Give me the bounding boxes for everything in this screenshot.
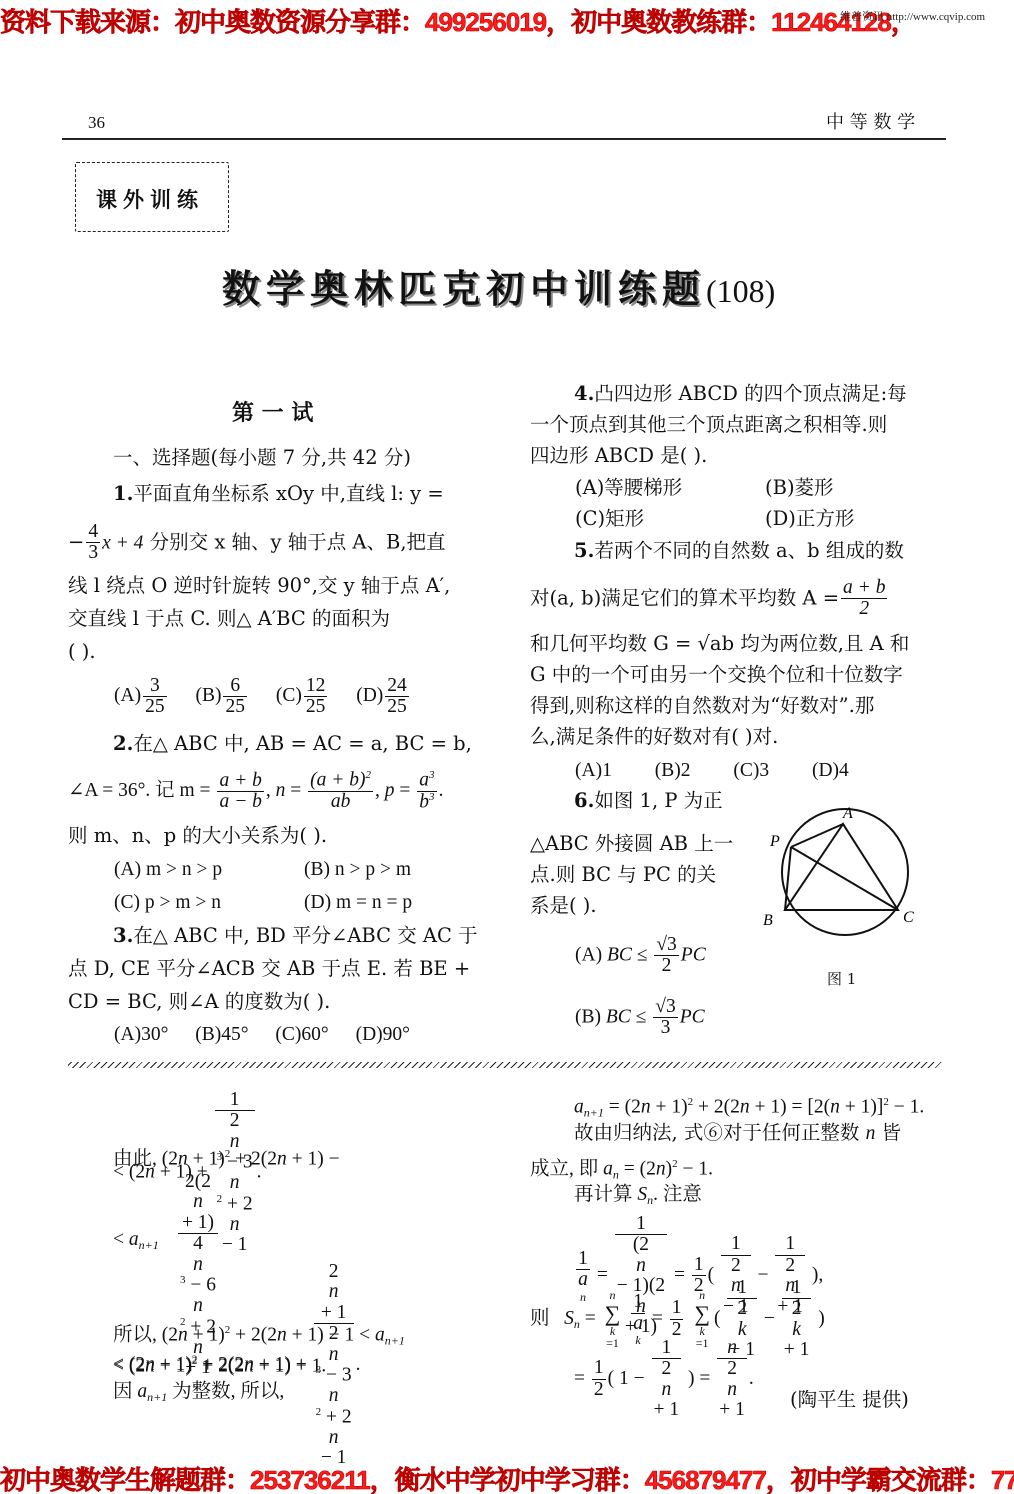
- question-text: 如图 1, P 为正: [594, 789, 722, 812]
- svg-text:C: C: [903, 909, 914, 926]
- question-5: 5.若两个不同的自然数 a、b 组成的数: [574, 535, 904, 567]
- question-1-options: (A)325 (B)625 (C)1225 (D)2425: [114, 676, 411, 718]
- question-5-line5: 得到,则称这样的自然数对为“好数对”.那: [530, 690, 874, 722]
- option-d: (D)90°: [356, 1024, 410, 1045]
- solution-right-2: 故由归纳法, 式⑥对于任何正整数 n 皆: [574, 1117, 901, 1150]
- solution-line-4: < an+1: [113, 1224, 159, 1261]
- section-heading: 第 一 试: [232, 396, 313, 427]
- question-3-line2: 点 D, CE 平分∠ACB 交 AB 于点 E. 若 BE +: [68, 953, 470, 985]
- question-3: 3.在△ ABC 中, BD 平分∠ABC 交 AC 于: [113, 920, 478, 952]
- figure-caption: 图 1: [827, 968, 856, 989]
- section-divider: [68, 1062, 942, 1068]
- figure-1-diagram: A P B C: [760, 800, 930, 970]
- option-b: (B)菱形: [765, 472, 834, 504]
- question-text: 凸四边形 ABCD 的四个顶点满足:每: [594, 382, 906, 405]
- question-text: 若两个不同的自然数 a、b 组成的数: [594, 539, 904, 562]
- question-4-line2: 一个顶点到其他三个顶点距离之积相等.则: [530, 409, 887, 441]
- svg-text:B: B: [763, 912, 773, 929]
- question-1-line5: ( ).: [68, 636, 96, 668]
- journal-name: 中 等 数 学: [826, 108, 915, 134]
- option-b: (B)45°: [195, 1024, 248, 1045]
- page-title: 数学奥林匹克初中训练题(108): [222, 258, 775, 313]
- question-6-line4: 系是( ).: [530, 890, 597, 922]
- question-text: 在△ ABC 中, BD 平分∠ABC 交 AC 于: [133, 924, 477, 947]
- top-banner: 资料下载来源：初中奥数资源分享群：499256019，初中奥数教练群：11246…: [0, 2, 916, 39]
- question-6-line3: 点.则 BC 与 PC 的关: [530, 859, 716, 891]
- option-b: (B)625: [195, 685, 249, 706]
- option-a: (A)1: [575, 760, 612, 781]
- option-b: (B) n > p > m: [304, 854, 411, 886]
- question-5-options: (A)1 (B)2 (C)3 (D)4: [575, 755, 849, 787]
- option-c: (C)矩形: [575, 503, 644, 535]
- option-b: (B) BC ≤ √33PC: [575, 997, 705, 1039]
- question-5-line4: G 中的一个可由另一个交换个位和十位数字: [530, 659, 903, 691]
- question-2: 2.在△ ABC 中, AB = AC = a, BC = b,: [113, 728, 472, 760]
- question-3-options: (A)30° (B)45° (C)60° (D)90°: [114, 1019, 410, 1051]
- solution-right-4: 再计算 Sn. 注意: [574, 1179, 702, 1216]
- question-number: 6.: [574, 789, 594, 812]
- question-number: 2.: [113, 732, 133, 755]
- title-text: 数学奥林匹克初中训练题: [222, 266, 706, 311]
- question-text: 在△ ABC 中, AB = AC = a, BC = b,: [133, 732, 471, 755]
- question-number: 4.: [574, 382, 594, 405]
- solution-right-7: = 12( 1 − 12n + 1 ) = n2n + 1.: [574, 1338, 754, 1421]
- question-text: ∠A = 36°. 记 m =: [68, 780, 211, 801]
- option-a: (A) BC ≤ √32PC: [575, 935, 706, 977]
- question-number: 1.: [113, 482, 133, 505]
- option-c: (C) p > m > n: [114, 887, 221, 919]
- question-6: 6.如图 1, P 为正: [574, 785, 723, 817]
- question-1-line4: 交直线 l 于点 C. 则△ A′BC 的面积为: [68, 603, 390, 635]
- question-3-line3: CD = BC, 则∠A 的度数为( ).: [68, 986, 330, 1018]
- source-watermark: 维普资讯 http://www.cqvip.com: [840, 8, 985, 24]
- question-text: 分别交 x 轴、y 轴于点 A、B,把直: [150, 530, 446, 553]
- question-text: 对(a, b)满足它们的算术平均数 A =: [530, 586, 839, 609]
- column-tag: 课外训练: [96, 184, 204, 214]
- question-2-line2: ∠A = 36°. 记 m = a + ba − b, n = (a + b)2…: [68, 770, 443, 813]
- option-a: (A)325: [114, 685, 169, 706]
- bottom-banner: 初中奥数学生解题群：253736211，衡水中学初中学习群：456879477，…: [0, 1460, 1014, 1494]
- question-text: 平面直角坐标系 xOy 中,直线 l: y =: [133, 482, 443, 505]
- option-d: (D)2425: [356, 685, 411, 706]
- solution-line-8: 因 an+1 为整数, 所以,: [113, 1376, 284, 1413]
- svg-text:A: A: [842, 805, 853, 822]
- option-a: (A)30°: [114, 1024, 168, 1045]
- question-6-line2: △ABC 外接圆 AB 上一: [530, 828, 733, 860]
- question-4: 4.凸四边形 ABCD 的四个顶点满足:每: [574, 378, 907, 410]
- page-number: 36: [88, 113, 105, 133]
- question-5-line6: 么,满足条件的好数对有( )对.: [530, 721, 778, 753]
- question-1-line2: −43x + 4 分别交 x 轴、y 轴于点 A、B,把直: [68, 522, 446, 564]
- option-c: (C)3: [733, 760, 769, 781]
- equation-part: x + 4: [102, 532, 143, 553]
- option-d: (D)正方形: [765, 503, 854, 535]
- solution-line-2: 由此, (2n + 1)2 + 2(2n + 1) −: [113, 1138, 340, 1176]
- option-a: (A)等腰梯形: [575, 472, 682, 504]
- option-d: (D) m = n = p: [304, 887, 412, 919]
- question-number: 5.: [574, 539, 594, 562]
- part-label: 一、选择题(每小题 7 分,共 42 分): [113, 442, 411, 474]
- option-a: (A) m > n > p: [114, 854, 222, 886]
- option-c: (C)60°: [275, 1024, 328, 1045]
- title-number: (108): [706, 273, 775, 309]
- question-5-line2: 对(a, b)满足它们的算术平均数 A =a + b2: [530, 578, 889, 620]
- question-4-line3: 四边形 ABCD 是( ).: [530, 440, 707, 472]
- option-d: (D)4: [812, 760, 849, 781]
- svg-text:P: P: [769, 833, 780, 850]
- option-b: (B)2: [655, 760, 691, 781]
- question-number: 3.: [113, 924, 133, 947]
- question-1-line3: 线 l 绕点 O 逆时针旋转 90°,交 y 轴于点 A′,: [68, 570, 450, 602]
- option-c: (C)1225: [276, 685, 330, 706]
- question-2-line3: 则 m、n、p 的大小关系为( ).: [68, 820, 327, 852]
- question-1: 1.平面直角坐标系 xOy 中,直线 l: y =: [113, 478, 444, 510]
- header-rule: [62, 138, 946, 140]
- question-5-line3: 和几何平均数 G = √ab 均为两位数,且 A 和: [530, 628, 909, 660]
- credit: (陶平生 提供): [790, 1384, 909, 1416]
